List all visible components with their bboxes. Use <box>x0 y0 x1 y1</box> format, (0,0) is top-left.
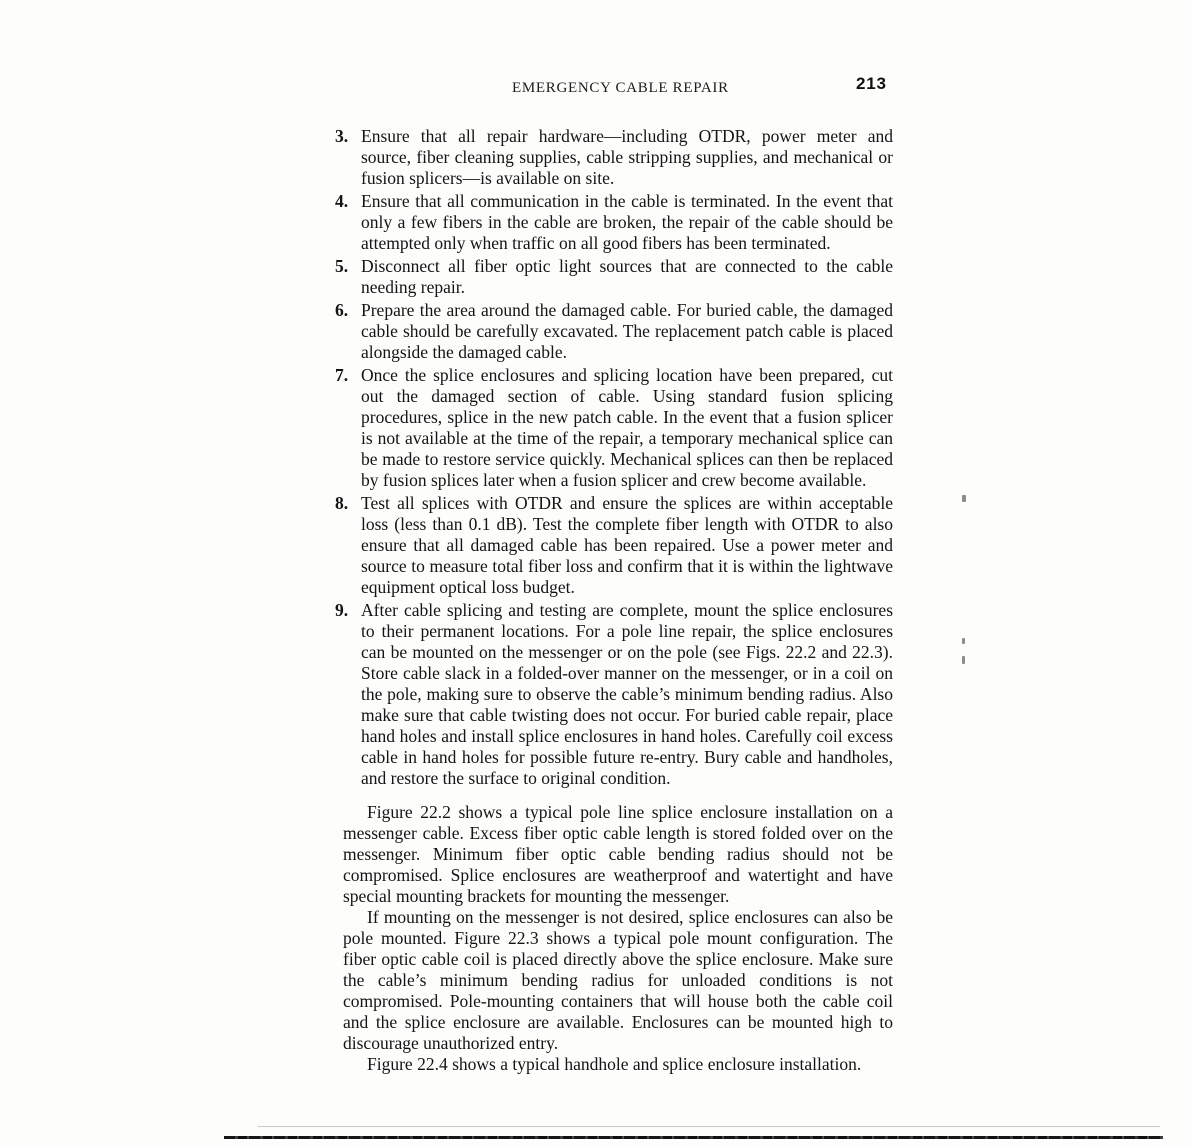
list-item-text: Disconnect all fiber optic light sources… <box>361 256 893 297</box>
list-item-text: Once the splice enclosures and splicing … <box>361 365 893 490</box>
list-item: 9. After cable splicing and testing are … <box>335 600 893 789</box>
text-column: 3. Ensure that all repair hardware—inclu… <box>343 126 893 1075</box>
body-paragraph: Figure 22.4 shows a typical handhole and… <box>343 1054 893 1075</box>
list-item: 5. Disconnect all fiber optic light sour… <box>335 256 893 298</box>
list-item-number: 5. <box>335 256 348 277</box>
list-item: 7. Once the splice enclosures and splici… <box>335 365 893 491</box>
list-item: 8. Test all splices with OTDR and ensure… <box>335 493 893 598</box>
scan-speck <box>962 495 966 502</box>
bottom-rule-faint <box>258 1126 1160 1127</box>
list-item-text: Ensure that all communication in the cab… <box>361 191 893 253</box>
page-number: 213 <box>856 74 887 94</box>
list-item-text: After cable splicing and testing are com… <box>361 600 893 788</box>
list-item-number: 8. <box>335 493 348 514</box>
bottom-rule <box>224 1136 1163 1139</box>
procedure-list: 3. Ensure that all repair hardware—inclu… <box>335 126 893 789</box>
list-item-number: 7. <box>335 365 348 386</box>
body-paragraph: Figure 22.2 shows a typical pole line sp… <box>343 802 893 907</box>
list-item-text: Prepare the area around the damaged cabl… <box>361 300 893 362</box>
body-paragraph: If mounting on the messenger is not desi… <box>343 907 893 1054</box>
list-item-number: 3. <box>335 126 348 147</box>
list-item-number: 9. <box>335 600 348 621</box>
scan-speck <box>962 656 965 664</box>
scan-speck <box>962 638 965 644</box>
list-item: 6. Prepare the area around the damaged c… <box>335 300 893 363</box>
list-item-text: Ensure that all repair hardware—includin… <box>361 126 893 188</box>
list-item-number: 6. <box>335 300 348 321</box>
book-page: EMERGENCY CABLE REPAIR 213 3. Ensure tha… <box>0 0 1191 1146</box>
list-item-number: 4. <box>335 191 348 212</box>
list-item: 3. Ensure that all repair hardware—inclu… <box>335 126 893 189</box>
body-paragraphs: Figure 22.2 shows a typical pole line sp… <box>343 802 893 1075</box>
list-item: 4. Ensure that all communication in the … <box>335 191 893 254</box>
list-item-text: Test all splices with OTDR and ensure th… <box>361 493 893 597</box>
running-title: EMERGENCY CABLE REPAIR <box>512 80 729 97</box>
